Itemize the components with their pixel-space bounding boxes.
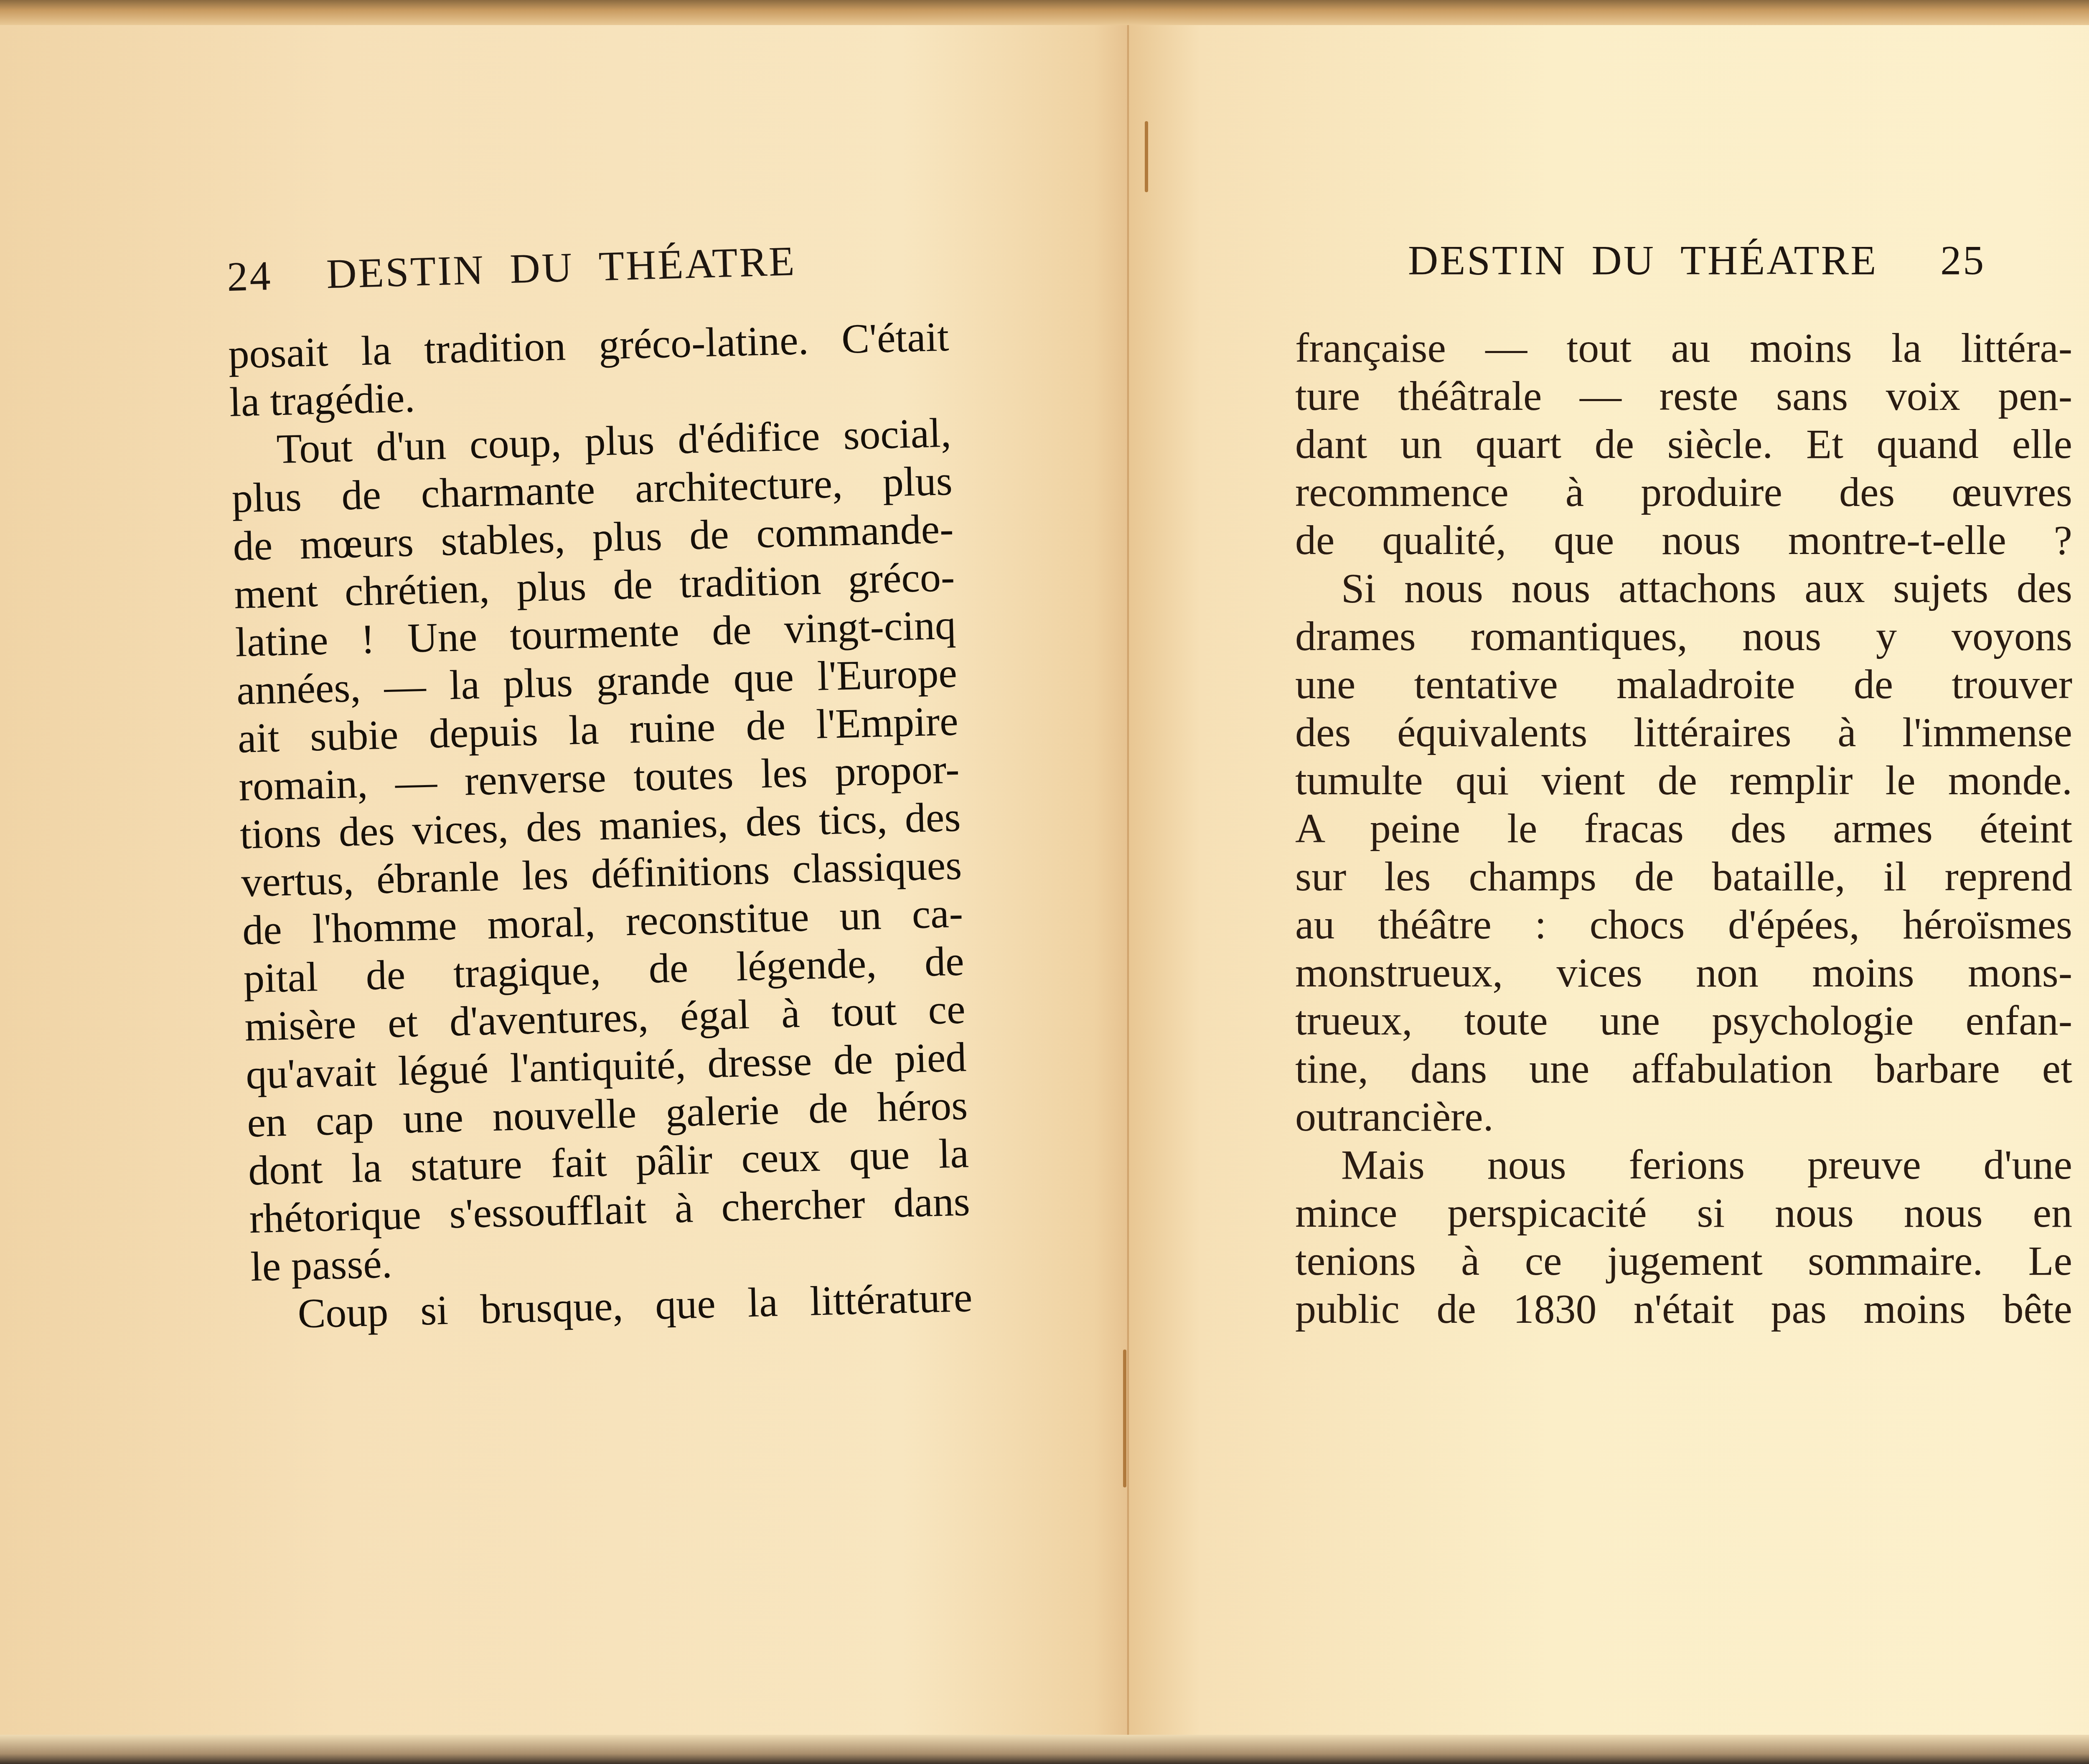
text-line: drames romantiques, nous y voyons: [1295, 612, 2072, 660]
text-line: de qualité, que nous montre-t-elle ?: [1295, 516, 2072, 564]
text-line: trueux, toute une psychologie enfan-: [1295, 996, 2072, 1045]
text-line: recommence à produire des œuvres: [1295, 468, 2072, 516]
page-number-right: 25: [1940, 237, 1985, 283]
running-title-word: DESTIN: [326, 247, 485, 297]
right-running-head: DESTINDUTHÉATRE25: [1408, 236, 1985, 284]
text-line: une tentative maladroite de trouver: [1295, 660, 2072, 708]
text-line: dant un quart de siècle. Et quand elle: [1295, 420, 2072, 468]
running-title-word: THÉATRE: [1680, 237, 1878, 283]
gutter-fold: [1127, 17, 1129, 1742]
book-spread: 24DESTINDUTHÉATRE DESTINDUTHÉATRE25 posa…: [0, 0, 2089, 1764]
text-line: outrancière.: [1295, 1093, 2072, 1141]
text-line: ture théâtrale — reste sans voix pen-: [1295, 372, 2072, 420]
text-line: sur les champs de bataille, il reprend: [1295, 852, 2072, 900]
text-line: au théâtre : chocs d'épées, héroïsmes: [1295, 900, 2072, 948]
text-line: public de 1830 n'était pas moins bête: [1295, 1285, 2072, 1333]
bottom-page-edge: [0, 1735, 2089, 1764]
running-title-word: DU: [1592, 237, 1655, 283]
binding-thread-top: [1145, 121, 1148, 192]
text-line: Si nous nous attachons aux sujets des: [1295, 564, 2072, 612]
right-page-body: française — tout au moins la littéra-tur…: [1295, 324, 2072, 1333]
text-line: des équivalents littéraires à l'immense: [1295, 708, 2072, 756]
text-line: Mais nous ferions preuve d'une: [1295, 1141, 2072, 1189]
binding-thread-bottom: [1123, 1350, 1126, 1487]
text-line: mince perspicacité si nous nous en: [1295, 1189, 2072, 1237]
running-title-word: DESTIN: [1408, 237, 1567, 283]
left-page-body: posait la tradition gréco-latine. C'étai…: [228, 313, 973, 1339]
text-line: tumulte qui vient de remplir le monde.: [1295, 756, 2072, 804]
top-page-edge: [0, 0, 2089, 25]
running-title-word: THÉATRE: [598, 238, 796, 290]
text-line: A peine le fracas des armes éteint: [1295, 804, 2072, 852]
text-line: française — tout au moins la littéra-: [1295, 324, 2072, 372]
running-title-word: DU: [509, 244, 574, 292]
text-line: tine, dans une affabulation barbare et: [1295, 1045, 2072, 1093]
page-number-left: 24: [226, 252, 273, 300]
text-line: tenions à ce jugement sommaire. Le: [1295, 1237, 2072, 1285]
text-line: monstrueux, vices non moins mons-: [1295, 948, 2072, 996]
